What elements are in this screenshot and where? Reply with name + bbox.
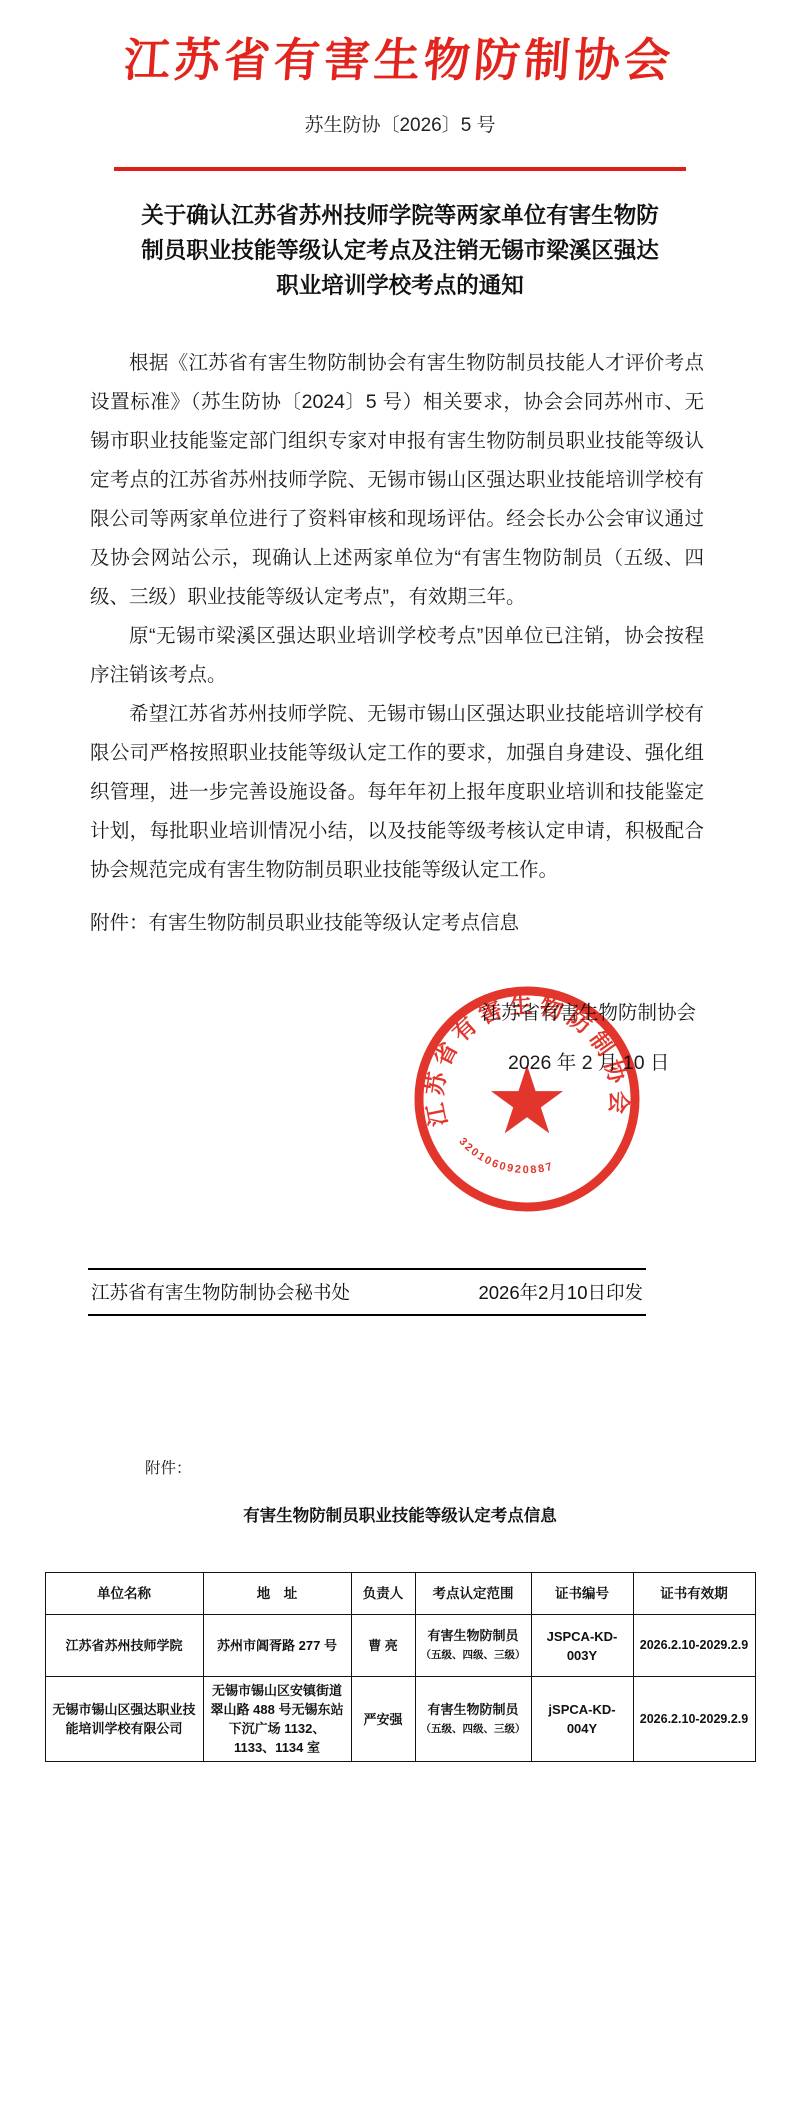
cell-unit-name: 江苏省苏州技师学院: [45, 1615, 203, 1677]
cell-person: 严安强: [351, 1677, 415, 1762]
cell-scope-sub: （五级、四级、三级）: [421, 1646, 526, 1665]
document-title-line-1: 关于确认江苏省苏州技师学院等两家单位有害生物防: [0, 199, 800, 234]
cell-scope: 有害生物防制员 （五级、四级、三级）: [415, 1615, 531, 1677]
cell-cert-number: jSPCA-KD-004Y: [531, 1677, 633, 1762]
cell-scope-main: 有害生物防制员: [427, 1702, 518, 1717]
attachment-note: 附件：有害生物防制员职业技能等级认定考点信息: [90, 904, 704, 943]
header-validity: 证书有效期: [633, 1573, 755, 1615]
exam-site-info-table: 单位名称 地 址 负责人 考点认定范围 证书编号 证书有效期 江苏省苏州技师学院…: [45, 1572, 756, 1762]
official-document-page: 江苏省有害生物防制协会 苏生防协〔2026〕5 号 关于确认江苏省苏州技师学院等…: [0, 0, 800, 2111]
header-scope: 考点认定范围: [415, 1573, 531, 1615]
attachment-section-label: 附件：: [145, 1456, 800, 1478]
cell-cert-number: JSPCA-KD-003Y: [531, 1615, 633, 1677]
official-red-seal: 江苏省有害生物防制协会 ★ 3201060920887: [408, 980, 646, 1218]
cell-address: 无锡市锡山区安镇街道翠山路 488 号无锡东站下沉广场 1132、1133、11…: [203, 1677, 351, 1762]
body-paragraph-2: 原“无锡市梁溪区强达职业培训学校考点”因单位已注销，协会按程序注销该考点。: [90, 617, 704, 695]
header-cert-number: 证书编号: [531, 1573, 633, 1615]
cell-scope-main: 有害生物防制员: [427, 1628, 518, 1643]
header-address: 地 址: [203, 1573, 351, 1615]
body-paragraph-1: 根据《江苏省有害生物防制协会有害生物防制员技能人才评价考点设置标准》（苏生防协〔…: [90, 344, 704, 617]
cell-unit-name: 无锡市锡山区强达职业技能培训学校有限公司: [45, 1677, 203, 1762]
cell-person: 曹 亮: [351, 1615, 415, 1677]
footer-issuer: 江苏省有害生物防制协会秘书处: [91, 1279, 350, 1305]
document-title-line-3: 职业培训学校考点的通知: [0, 269, 800, 304]
issuing-org-header: 江苏省有害生物防制协会: [0, 0, 800, 90]
body-paragraph-3: 希望江苏省苏州技师学院、无锡市锡山区强达职业技能培训学校有限公司严格按照职业技能…: [90, 695, 704, 890]
cell-scope: 有害生物防制员 （五级、四级、三级）: [415, 1677, 531, 1762]
cell-address: 苏州市阊胥路 277 号: [203, 1615, 351, 1677]
attachment-table-title: 有害生物防制员职业技能等级认定考点信息: [0, 1502, 800, 1526]
red-divider-rule: [114, 167, 686, 171]
cell-validity: 2026.2.10-2029.2.9: [633, 1615, 755, 1677]
cell-validity: 2026.2.10-2029.2.9: [633, 1677, 755, 1762]
table-row: 江苏省苏州技师学院 苏州市阊胥路 277 号 曹 亮 有害生物防制员 （五级、四…: [45, 1615, 755, 1677]
cell-scope-sub: （五级、四级、三级）: [421, 1720, 526, 1739]
document-number: 苏生防协〔2026〕5 号: [0, 110, 800, 137]
document-body: 根据《江苏省有害生物防制协会有害生物防制员技能人才评价考点设置标准》（苏生防协〔…: [90, 344, 704, 943]
header-person: 负责人: [351, 1573, 415, 1615]
print-footer-bar: 江苏省有害生物防制协会秘书处 2026年2月10日印发: [88, 1268, 646, 1316]
document-title: 关于确认江苏省苏州技师学院等两家单位有害生物防 制员职业技能等级认定考点及注销无…: [0, 199, 800, 304]
table-header-row: 单位名称 地 址 负责人 考点认定范围 证书编号 证书有效期: [45, 1573, 755, 1615]
table-row: 无锡市锡山区强达职业技能培训学校有限公司 无锡市锡山区安镇街道翠山路 488 号…: [45, 1677, 755, 1762]
header-unit-name: 单位名称: [45, 1573, 203, 1615]
document-title-line-2: 制员职业技能等级认定考点及注销无锡市梁溪区强达: [0, 234, 800, 269]
seal-star-icon: ★: [485, 1048, 569, 1153]
footer-print-date: 2026年2月10日印发: [478, 1279, 643, 1305]
